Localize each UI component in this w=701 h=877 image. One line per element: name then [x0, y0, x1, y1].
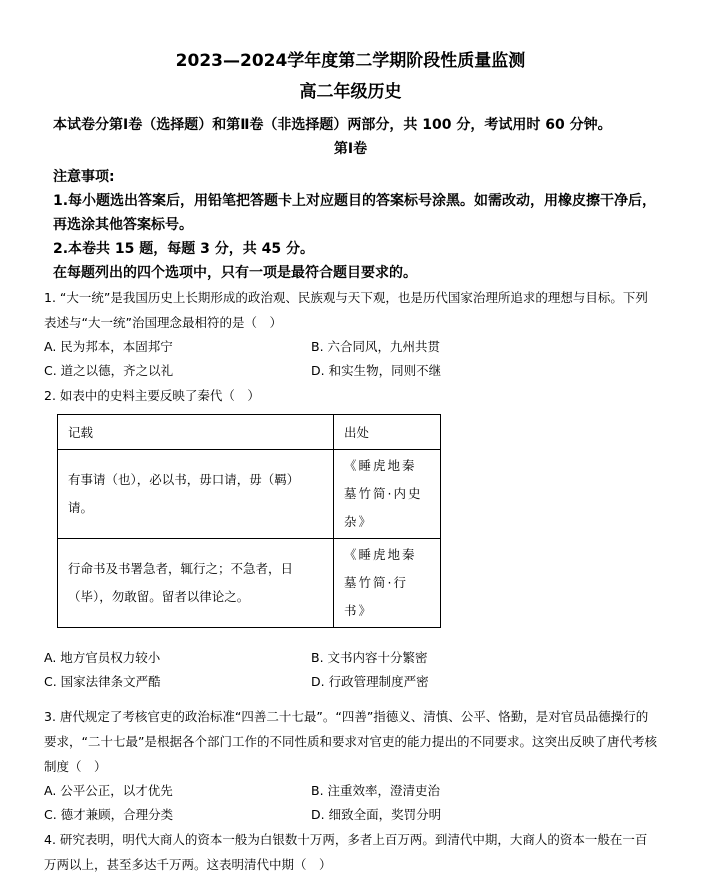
- notice-title: 注意事项:: [44, 165, 657, 189]
- table-header-source: 出处: [334, 415, 441, 450]
- option-a: A. 民为邦本，本固邦宁: [44, 335, 311, 359]
- question-2-stem: 2. 如表中的史料主要反映了秦代（ ）: [44, 383, 657, 408]
- question-2: 2. 如表中的史料主要反映了秦代（ ） 记载 出处 有事请（也），必以书，毋口请…: [44, 383, 657, 694]
- table-cell-record: 有事请（也），必以书，毋口请，毋（羁）请。: [58, 450, 334, 539]
- source-table: 记载 出处 有事请（也），必以书，毋口请，毋（羁）请。 《睡虎地秦墓竹简·内史杂…: [57, 414, 441, 628]
- option-c: C. 国家法律条文严酷: [44, 670, 311, 694]
- question-3-stem: 3. 唐代规定了考核官吏的政治标准“四善二十七最”。“四善”指德义、清慎、公平、…: [44, 704, 657, 779]
- notice-item-2: 2.本卷共 15 题，每题 3 分，共 45 分。: [44, 237, 657, 261]
- table-row: 有事请（也），必以书，毋口请，毋（羁）请。 《睡虎地秦墓竹简·内史杂》: [58, 450, 441, 539]
- option-b: B. 文书内容十分繁密: [311, 646, 657, 670]
- notice-requirement: 在每题列出的四个选项中，只有一项是最符合题目要求的。: [44, 261, 657, 285]
- table-cell-source: 《睡虎地秦墓竹简·行书》: [334, 539, 441, 628]
- question-4-stem: 4. 研究表明，明代大商人的资本一般为白银数十万两，多者上百万两。到清代中期，大…: [44, 827, 657, 877]
- question-3-options: A. 公平公正，以才优先 B. 注重效率，澄清吏治 C. 德才兼顾，合理分类 D…: [44, 779, 657, 827]
- option-d: D. 行政管理制度严密: [311, 670, 657, 694]
- table-cell-record: 行命书及书署急者，辄行之；不急者，日（毕），勿敢留。留者以律论之。: [58, 539, 334, 628]
- page-subtitle: 高二年级历史: [44, 77, 657, 108]
- table-cell-source: 《睡虎地秦墓竹简·内史杂》: [334, 450, 441, 539]
- option-c: C. 道之以德，齐之以礼: [44, 359, 311, 383]
- exam-page: 2023—2024学年度第二学期阶段性质量监测 高二年级历史 本试卷分第Ⅰ卷（选…: [0, 0, 701, 877]
- option-a: A. 公平公正，以才优先: [44, 779, 311, 803]
- option-d: D. 和实生物，同则不继: [311, 359, 657, 383]
- option-b: B. 注重效率，澄清吏治: [311, 779, 657, 803]
- option-a: A. 地方官员权力较小: [44, 646, 311, 670]
- option-b: B. 六合同风，九州共贯: [311, 335, 657, 359]
- option-c: C. 德才兼顾，合理分类: [44, 803, 311, 827]
- section-heading: 第Ⅰ卷: [44, 137, 657, 161]
- question-1-stem: 1. “大一统”是我国历史上长期形成的政治观、民族观与天下观，也是历代国家治理所…: [44, 285, 657, 335]
- question-1-options: A. 民为邦本，本固邦宁 B. 六合同风，九州共贯 C. 道之以德，齐之以礼 D…: [44, 335, 657, 383]
- table-header-row: 记载 出处: [58, 415, 441, 450]
- table-row: 行命书及书署急者，辄行之；不急者，日（毕），勿敢留。留者以律论之。 《睡虎地秦墓…: [58, 539, 441, 628]
- notice-item-1: 1.每小题选出答案后，用铅笔把答题卡上对应题目的答案标号涂黑。如需改动，用橡皮擦…: [44, 189, 657, 237]
- option-d: D. 细致全面，奖罚分明: [311, 803, 657, 827]
- question-3: 3. 唐代规定了考核官吏的政治标准“四善二十七最”。“四善”指德义、清慎、公平、…: [44, 704, 657, 827]
- page-title: 2023—2024学年度第二学期阶段性质量监测: [44, 46, 657, 77]
- question-1: 1. “大一统”是我国历史上长期形成的政治观、民族观与天下观，也是历代国家治理所…: [44, 285, 657, 383]
- exam-intro: 本试卷分第Ⅰ卷（选择题）和第Ⅱ卷（非选择题）两部分，共 100 分，考试用时 6…: [44, 113, 657, 137]
- table-header-record: 记载: [58, 415, 334, 450]
- question-2-options: A. 地方官员权力较小 B. 文书内容十分繁密 C. 国家法律条文严酷 D. 行…: [44, 646, 657, 694]
- question-4: 4. 研究表明，明代大商人的资本一般为白银数十万两，多者上百万两。到清代中期，大…: [44, 827, 657, 877]
